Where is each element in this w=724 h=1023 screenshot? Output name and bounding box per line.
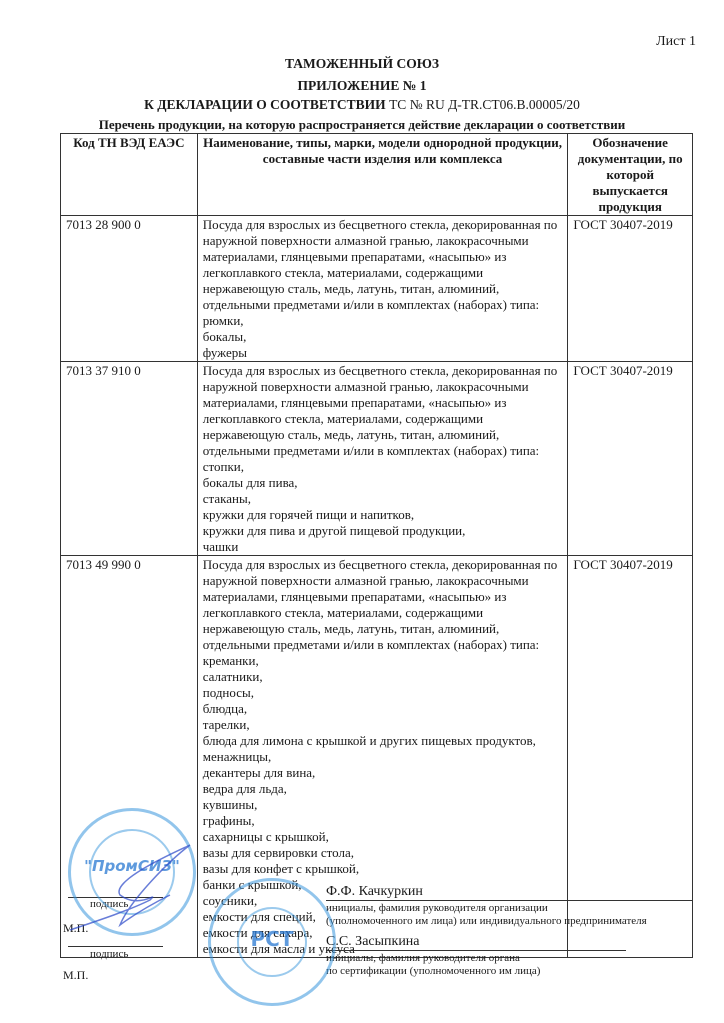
table-row: 7013 28 900 0Посуда для взрослых из бесц… [61, 216, 693, 362]
standard-document: ГОСТ 30407-2019 [568, 362, 693, 556]
column-header-standard: Обозначение документации, по которой вып… [568, 134, 693, 216]
declaration-title-bold: К ДЕКЛАРАЦИИ О СООТВЕТСТВИИ [144, 97, 386, 112]
certification-body-stamp: РСТ [208, 878, 336, 1006]
cert-head-name: С.С. Засыпкина [326, 934, 420, 950]
product-items-list: стопки,бокалы для пива,стаканы,кружки дл… [203, 459, 563, 555]
column-header-description: Наименование, типы, марки, модели одноро… [197, 134, 568, 216]
description-text: Посуда для взрослых из бесцветного стекл… [203, 217, 563, 313]
org-head-caption-1: инициалы, фамилия руководителя организац… [326, 902, 548, 914]
list-title: Перечень продукции, на которую распростр… [0, 117, 724, 133]
cert-head-caption-2: по сертификации (уполномоченного им лица… [326, 965, 540, 977]
product-item: вазы для сервировки стола, [203, 845, 563, 861]
product-item: кувшины, [203, 797, 563, 813]
product-item: блюда для лимона с крышкой и других пище… [203, 733, 563, 749]
tn-ved-code: 7013 28 900 0 [61, 216, 198, 362]
product-item: графины, [203, 813, 563, 829]
product-item: кружки для горячей пищи и напитков, [203, 507, 563, 523]
product-item: сахарницы с крышкой, [203, 829, 563, 845]
org-head-name: Ф.Ф. Качкуркин [326, 884, 423, 900]
product-item: кружки для пива и другой пищевой продукц… [203, 523, 563, 539]
product-items-list: рюмки,бокалы,фужеры [203, 313, 563, 361]
rst-logo-icon: РСТ [243, 927, 301, 951]
product-description: Посуда для взрослых из бесцветного стекл… [197, 216, 568, 362]
product-item: стаканы, [203, 491, 563, 507]
union-title: ТАМОЖЕННЫЙ СОЮЗ [0, 56, 724, 72]
product-item: салатники, [203, 669, 563, 685]
description-text: Посуда для взрослых из бесцветного стекл… [203, 557, 563, 653]
tn-ved-code: 7013 37 910 0 [61, 362, 198, 556]
seal-label-cert: М.П. [63, 968, 88, 983]
standard-document: ГОСТ 30407-2019 [568, 556, 693, 958]
org-head-caption-2: (уполномоченного им лица) или индивидуал… [326, 915, 647, 927]
product-item: блюдца, [203, 701, 563, 717]
product-item: креманки, [203, 653, 563, 669]
product-item: бокалы для пива, [203, 475, 563, 491]
product-item: стопки, [203, 459, 563, 475]
product-item: менажницы, [203, 749, 563, 765]
signature-label-cert: подпись [90, 948, 128, 960]
standard-document: ГОСТ 30407-2019 [568, 216, 693, 362]
org-head-line [326, 900, 692, 901]
product-item: вазы для конфет с крышкой, [203, 861, 563, 877]
product-item: рюмки, [203, 313, 563, 329]
appendix-title: ПРИЛОЖЕНИЕ № 1 [0, 78, 724, 94]
signature-scribble-icon [60, 840, 200, 940]
cert-head-caption-1: инициалы, фамилия руководителя органа [326, 952, 520, 964]
product-item: декантеры для вина, [203, 765, 563, 781]
table-row: 7013 37 910 0Посуда для взрослых из бесц… [61, 362, 693, 556]
signature-line-cert [68, 946, 163, 947]
product-item: ведра для льда, [203, 781, 563, 797]
product-item: подносы, [203, 685, 563, 701]
column-header-code: Код ТН ВЭД ЕАЭС [61, 134, 198, 216]
cert-head-line [326, 950, 626, 951]
declaration-number: ТС № RU Д-TR.СТ06.В.00005/20 [386, 97, 580, 112]
declaration-appendix-page: Лист 1 ТАМОЖЕННЫЙ СОЮЗ ПРИЛОЖЕНИЕ № 1 К … [0, 0, 724, 1023]
product-description: Посуда для взрослых из бесцветного стекл… [197, 362, 568, 556]
product-item: тарелки, [203, 717, 563, 733]
product-item: фужеры [203, 345, 563, 361]
table-header-row: Код ТН ВЭД ЕАЭС Наименование, типы, марк… [61, 134, 693, 216]
product-item: бокалы, [203, 329, 563, 345]
product-item: чашки [203, 539, 563, 555]
sheet-number: Лист 1 [656, 34, 696, 50]
description-text: Посуда для взрослых из бесцветного стекл… [203, 363, 563, 459]
declaration-title: К ДЕКЛАРАЦИИ О СООТВЕТСТВИИ ТС № RU Д-TR… [0, 97, 724, 113]
